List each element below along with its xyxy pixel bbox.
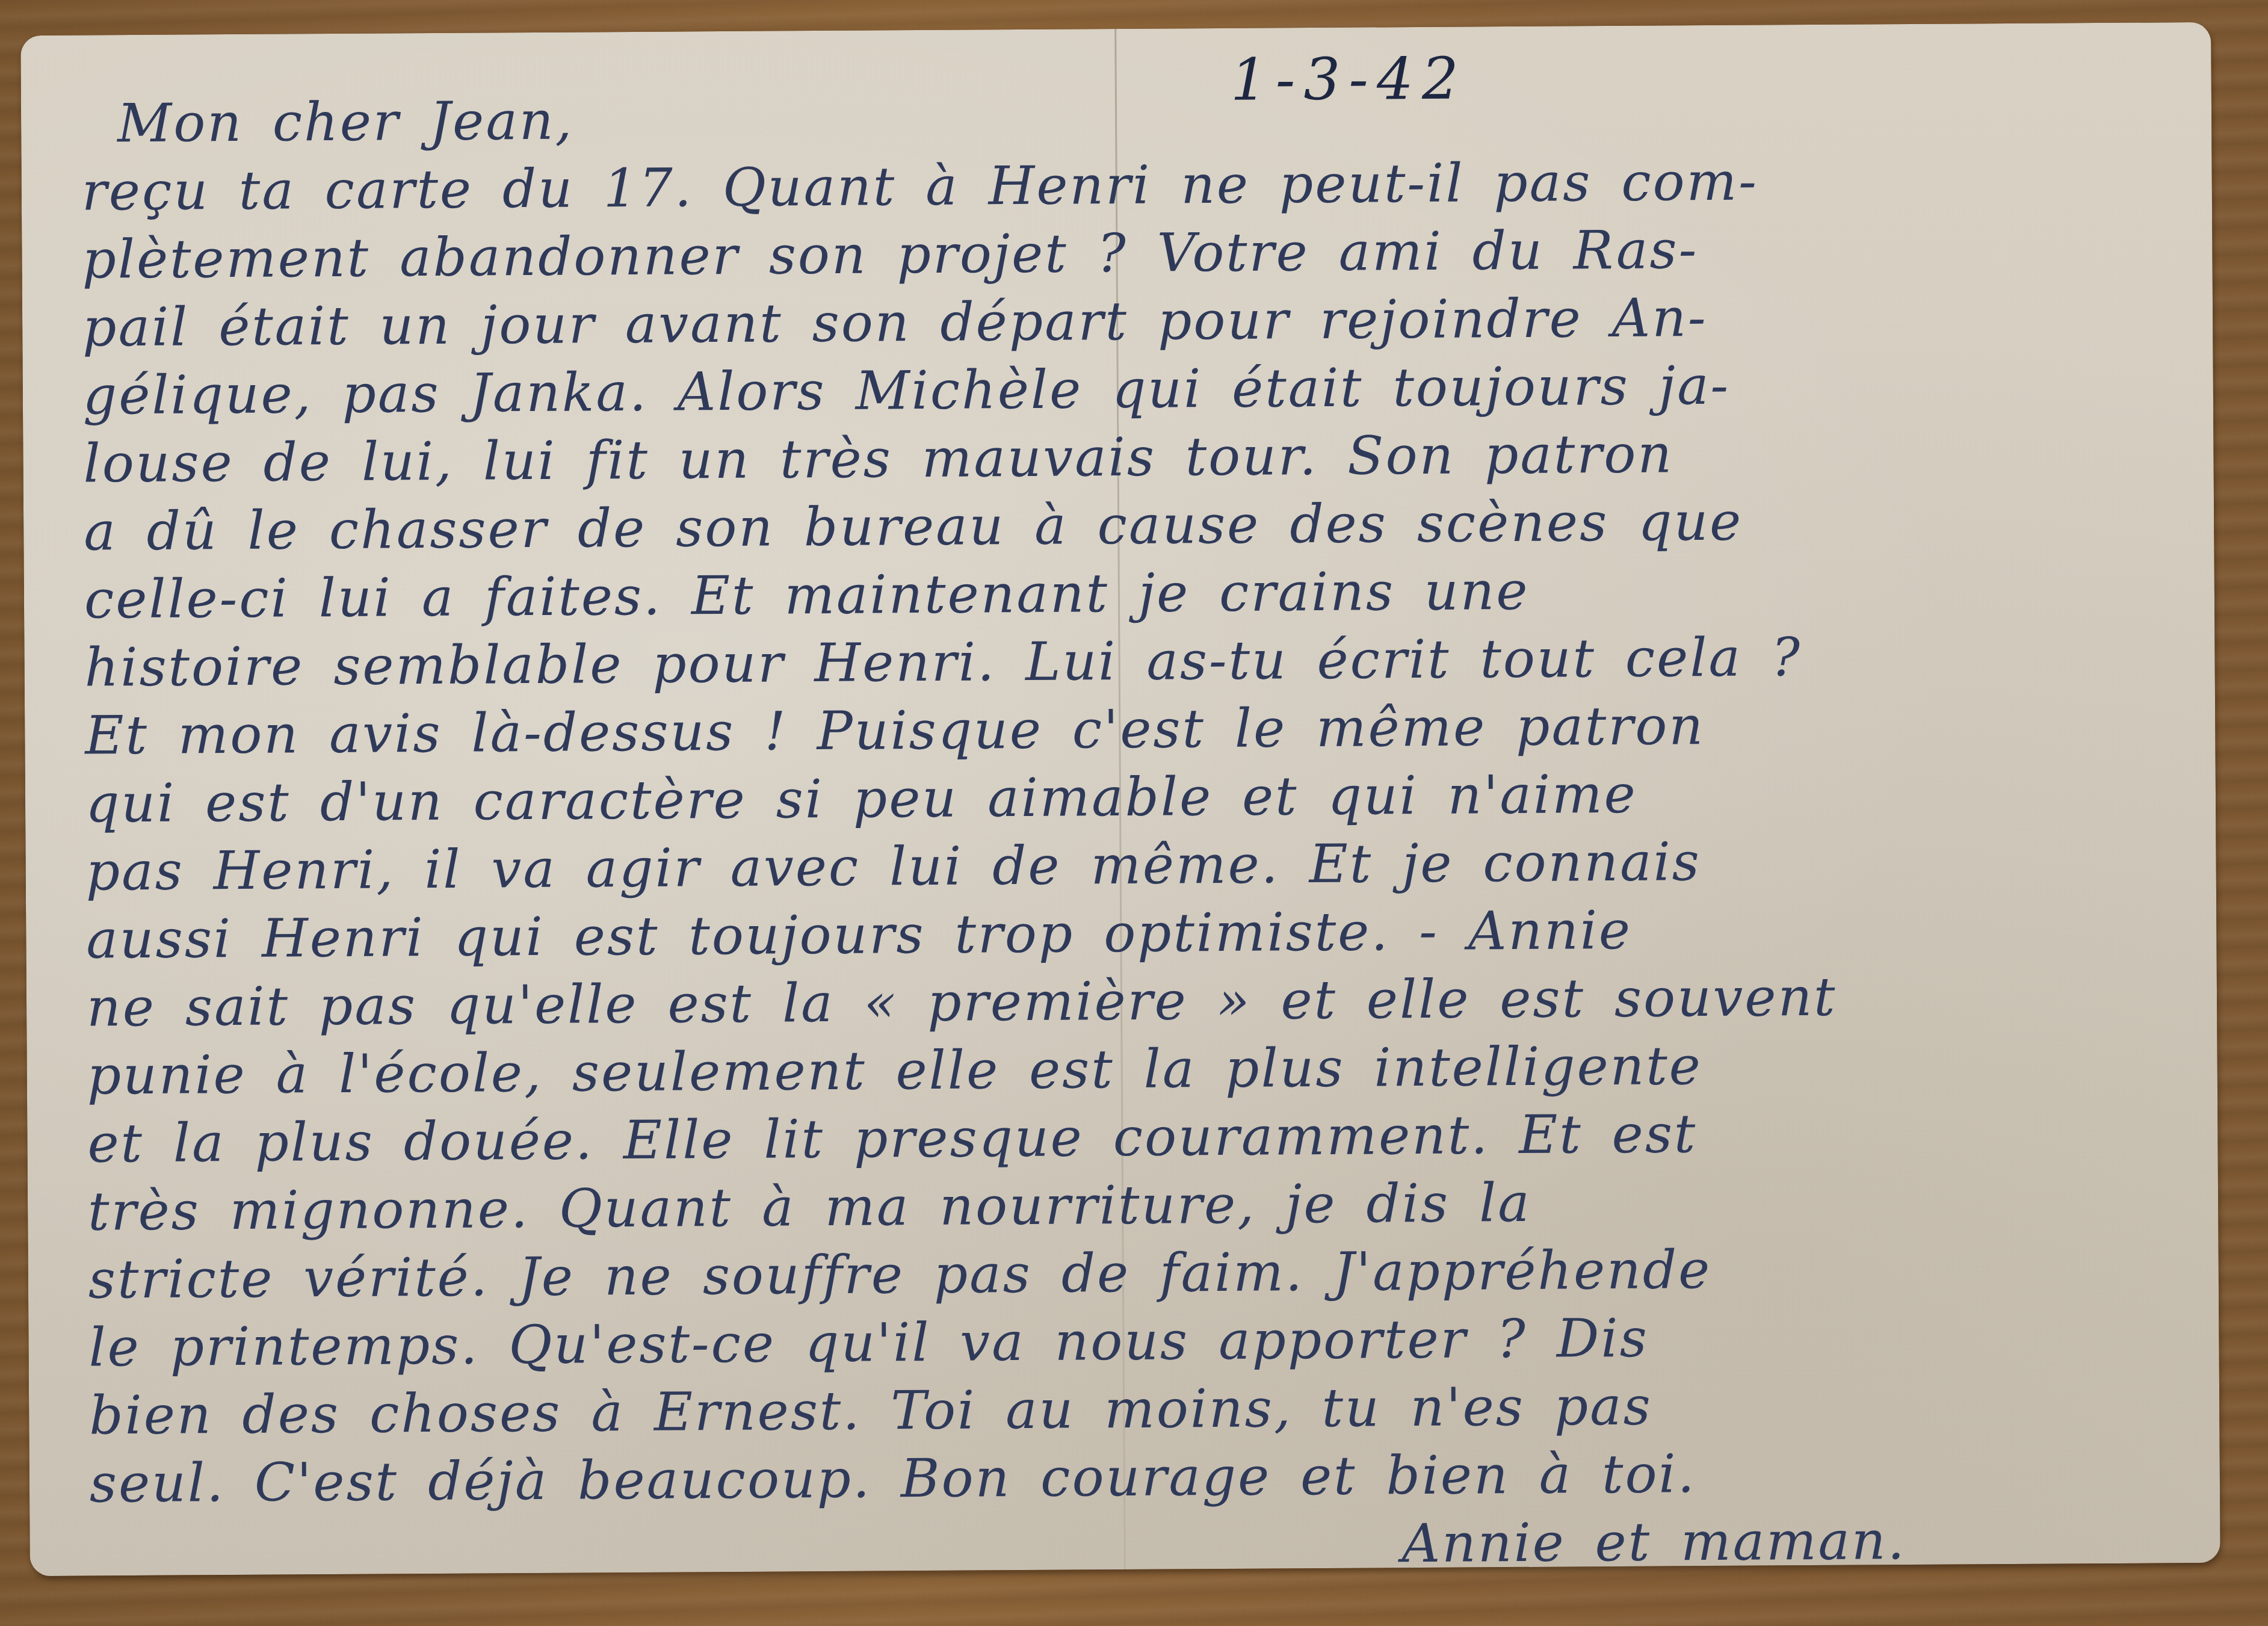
letter-line: louse de lui, lui fit un très mauvais to… <box>83 416 2178 497</box>
postcard: 1-3-42 Mon cher Jean, reçu ta carte du 1… <box>20 22 2220 1576</box>
letter-line: punie à l'école, seulement elle est la p… <box>87 1028 2181 1109</box>
letter-line: a dû le chasser de son bureau à cause de… <box>84 484 2178 565</box>
letter-line: le printemps. Qu'est-ce qu'il va nous ap… <box>88 1300 2183 1381</box>
letter-line: bien des choses à Ernest. Toi au moins, … <box>89 1368 2184 1449</box>
letter-line: aussi Henri qui est toujours trop optimi… <box>86 892 2181 973</box>
letter-line: Et mon avis là-dessus ! Puisque c'est le… <box>85 688 2180 769</box>
letter-line: reçu ta carte du 17. Quant à Henri ne pe… <box>81 144 2176 225</box>
letter-line: pail était un jour avant son départ pour… <box>82 280 2177 361</box>
letter-line: seul. C'est déjà beaucoup. Bon courage e… <box>90 1436 2184 1517</box>
letter-line: histoire semblable pour Henri. Lui as-tu… <box>84 620 2179 701</box>
letter-signature: Annie et maman. <box>90 1504 2184 1585</box>
letter-line: gélique, pas Janka. Alors Michèle qui ét… <box>83 348 2178 429</box>
letter-line: qui est d'un caractère si peu aimable et… <box>85 756 2180 837</box>
letter-line: celle-ci lui a faites. Et maintenant je … <box>84 552 2179 633</box>
letter-line: très mignonne. Quant à ma nourriture, je… <box>88 1164 2183 1245</box>
letter-line: plètement abandonner son projet ? Votre … <box>82 212 2177 293</box>
letter-body: Mon cher Jean, reçu ta carte du 17. Quan… <box>81 76 2184 1585</box>
letter-line: et la plus douée. Elle lit presque coura… <box>87 1096 2182 1177</box>
letter-salutation: Mon cher Jean, <box>81 76 2176 157</box>
letter-line: ne sait pas qu'elle est la « première » … <box>87 960 2181 1041</box>
letter-line: stricte vérité. Je ne souffre pas de fai… <box>88 1232 2183 1313</box>
letter-line: pas Henri, il va agir avec lui de même. … <box>85 824 2180 905</box>
